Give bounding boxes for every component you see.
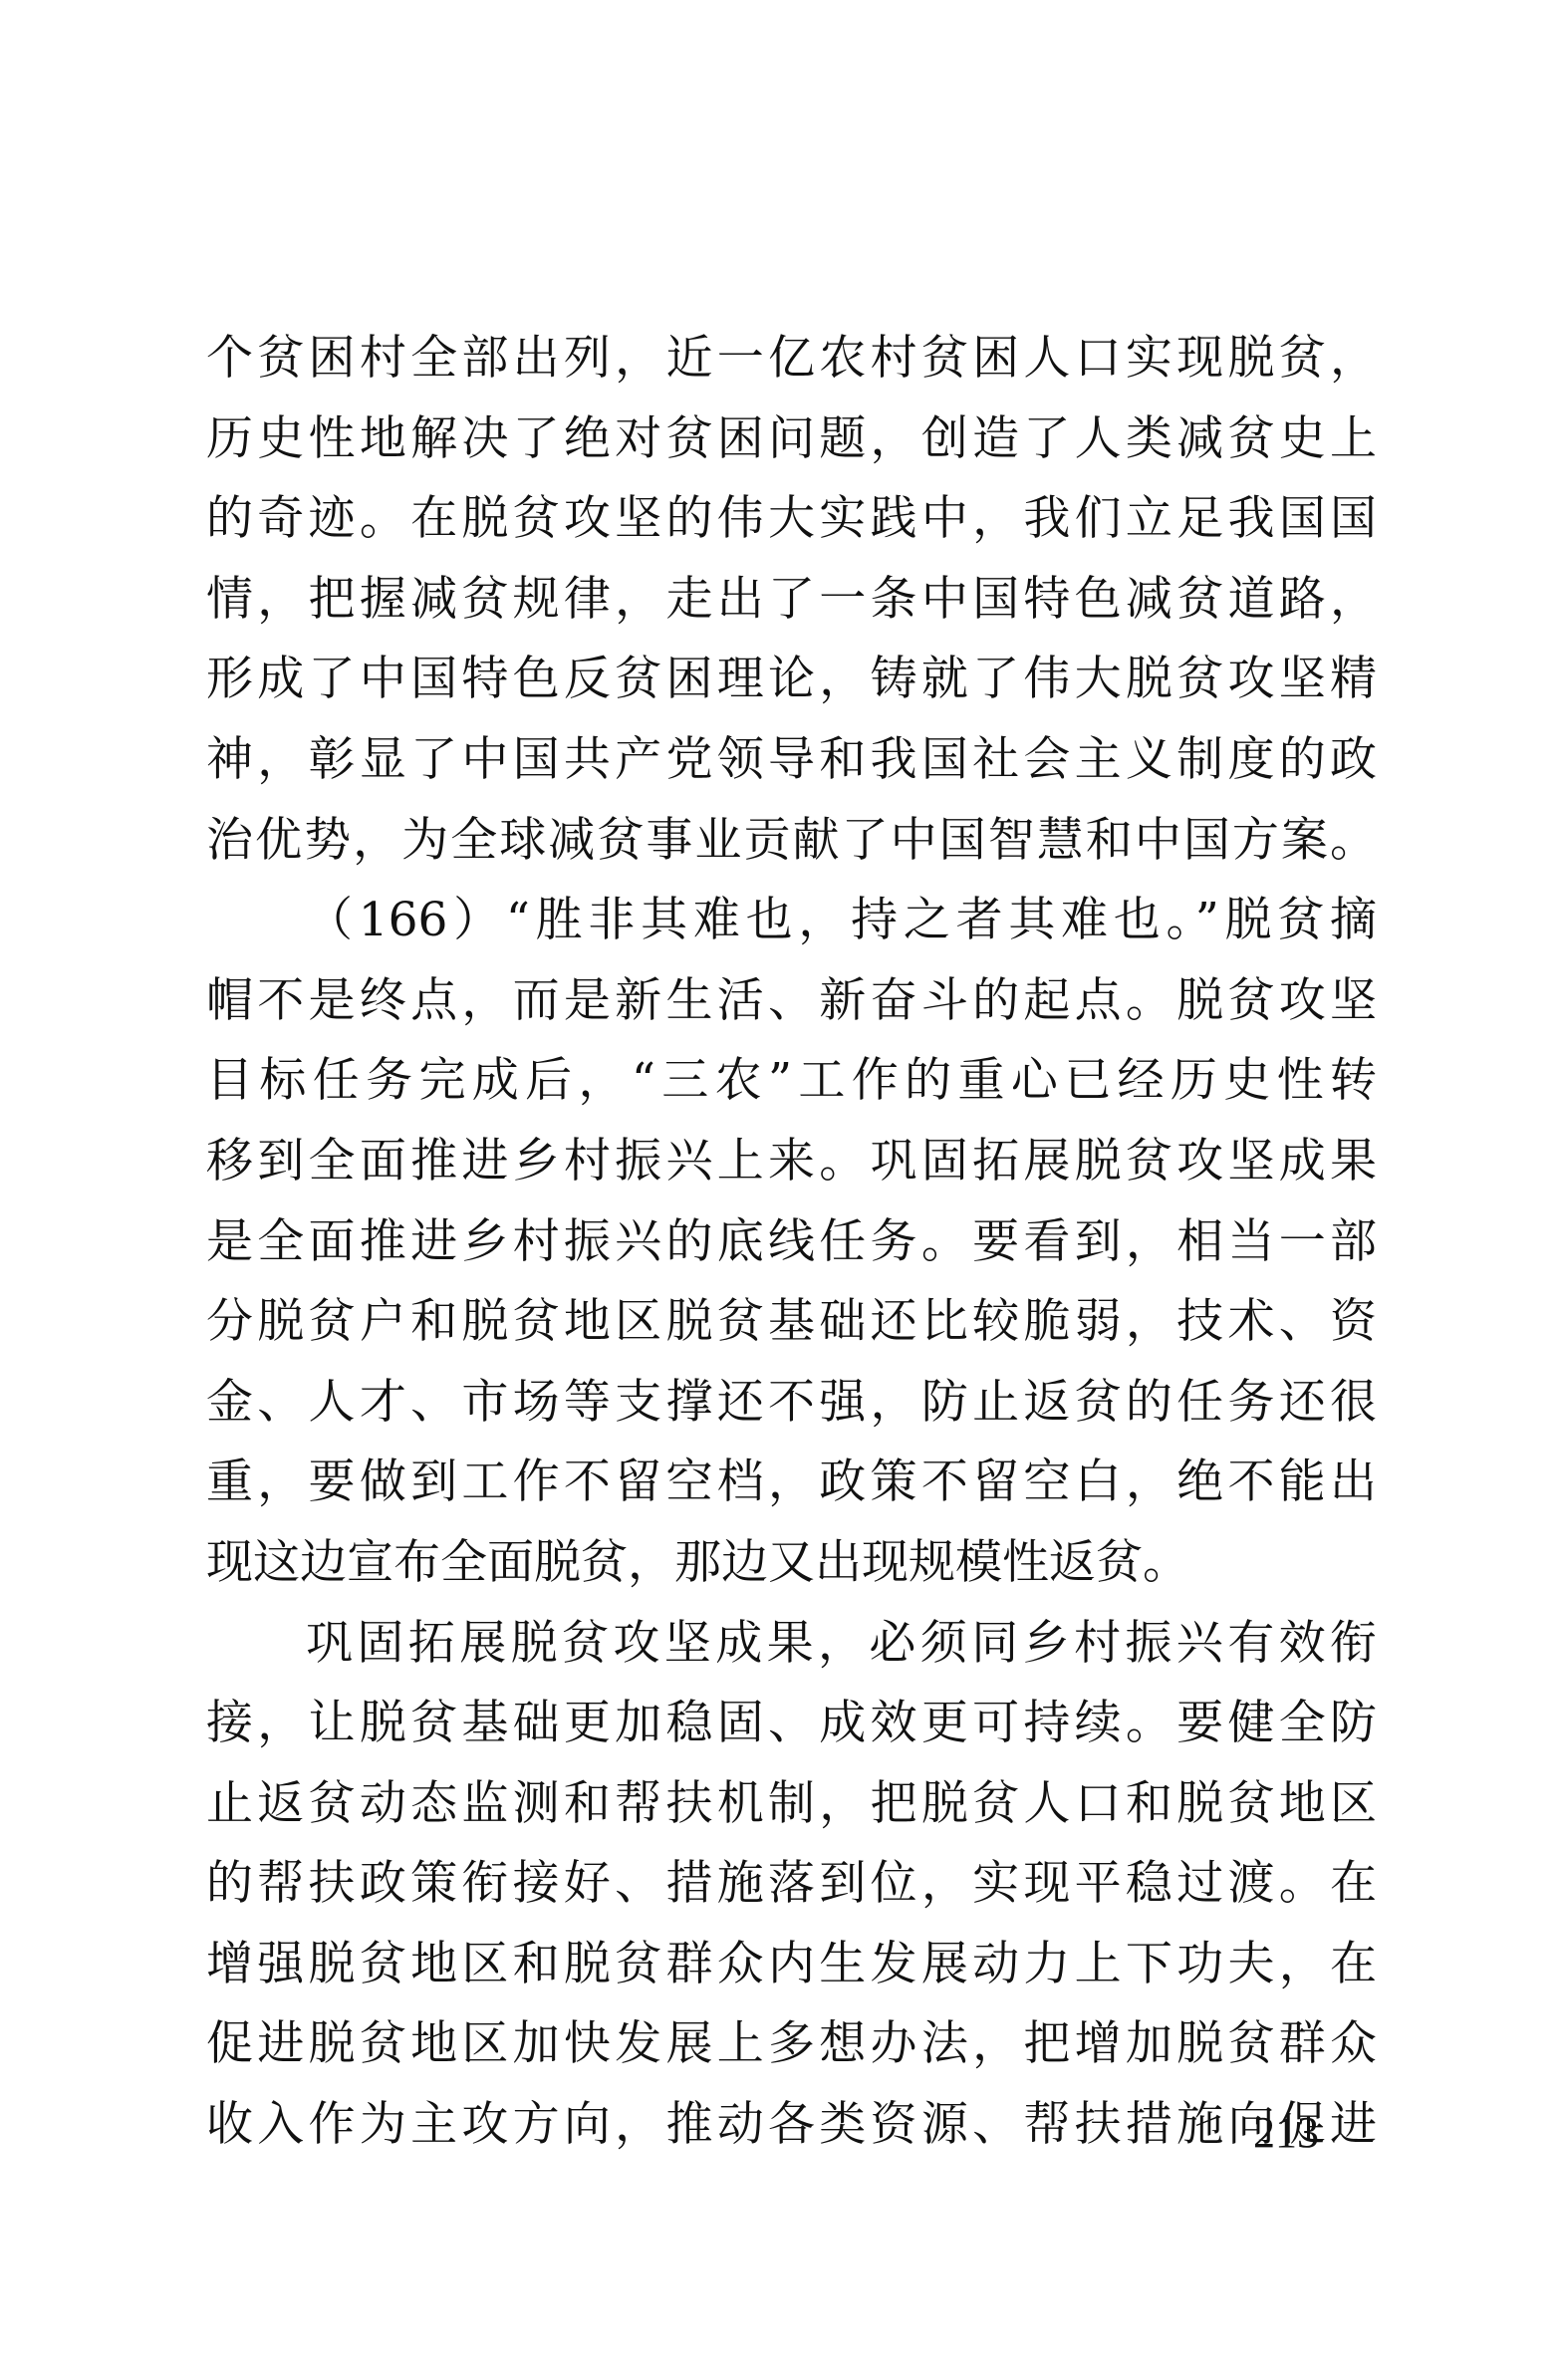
text-line: 情，把握减贫规律，走出了一条中国特色减贫道路，	[206, 560, 1377, 641]
text-line: 止返贫动态监测和帮扶机制，把脱贫人口和脱贫地区	[206, 1764, 1377, 1845]
text-line: 治优势，为全球减贫事业贡献了中国智慧和中国方案。	[206, 801, 1377, 882]
text-line: 是全面推进乡村振兴的底线任务。要看到，相当一部	[206, 1202, 1377, 1283]
text-line: 分脱贫户和脱贫地区脱贫基础还比较脆弱，技术、资	[206, 1282, 1377, 1363]
paragraph-start-line: 巩固拓展脱贫攻坚成果，必须同乡村振兴有效衔	[206, 1604, 1377, 1685]
text-line: 金、人才、市场等支撑还不强，防止返贫的任务还很	[206, 1363, 1377, 1444]
text-line: 收入作为主攻方向，推动各类资源、帮扶措施向促进	[206, 2085, 1377, 2166]
paragraph-end-line: 现这边宣布全面脱贫，那边又出现规模性返贫。	[206, 1523, 1377, 1604]
text-line: 个贫困村全部出列，近一亿农村贫困人口实现脱贫，	[206, 319, 1377, 399]
text-line: 目标任务完成后，“三农”工作的重心已经历史性转	[206, 1041, 1377, 1122]
text-line: 历史性地解决了绝对贫困问题，创造了人类减贫史上	[206, 399, 1377, 480]
text-line: 移到全面推进乡村振兴上来。巩固拓展脱贫攻坚成果	[206, 1122, 1377, 1202]
text-line: 接，让脱贫基础更加稳固、成效更可持续。要健全防	[206, 1684, 1377, 1764]
paragraph-start-line: （166）“胜非其难也，持之者其难也。”脱贫摘	[206, 881, 1377, 961]
text-line: 神，彰显了中国共产党领导和我国社会主义制度的政	[206, 720, 1377, 801]
text-line: 重，要做到工作不留空档，政策不留空白，绝不能出	[206, 1443, 1377, 1523]
page-number: 213	[1253, 2108, 1319, 2158]
book-page: 个贫困村全部出列，近一亿农村贫困人口实现脱贫， 历史性地解决了绝对贫困问题，创造…	[0, 0, 1563, 2380]
text-line: 促进脱贫地区加快发展上多想办法，把增加脱贫群众	[206, 2004, 1377, 2085]
body-text: 个贫困村全部出列，近一亿农村贫困人口实现脱贫， 历史性地解决了绝对贫困问题，创造…	[206, 319, 1377, 2166]
text-line: 形成了中国特色反贫困理论，铸就了伟大脱贫攻坚精	[206, 640, 1377, 720]
text-line: 帽不是终点，而是新生活、新奋斗的起点。脱贫攻坚	[206, 961, 1377, 1042]
text-line: 的奇迹。在脱贫攻坚的伟大实践中，我们立足我国国	[206, 479, 1377, 560]
text-line: 的帮扶政策衔接好、措施落到位，实现平稳过渡。在	[206, 1844, 1377, 1925]
text-line: 增强脱贫地区和脱贫群众内生发展动力上下功夫，在	[206, 1925, 1377, 2005]
